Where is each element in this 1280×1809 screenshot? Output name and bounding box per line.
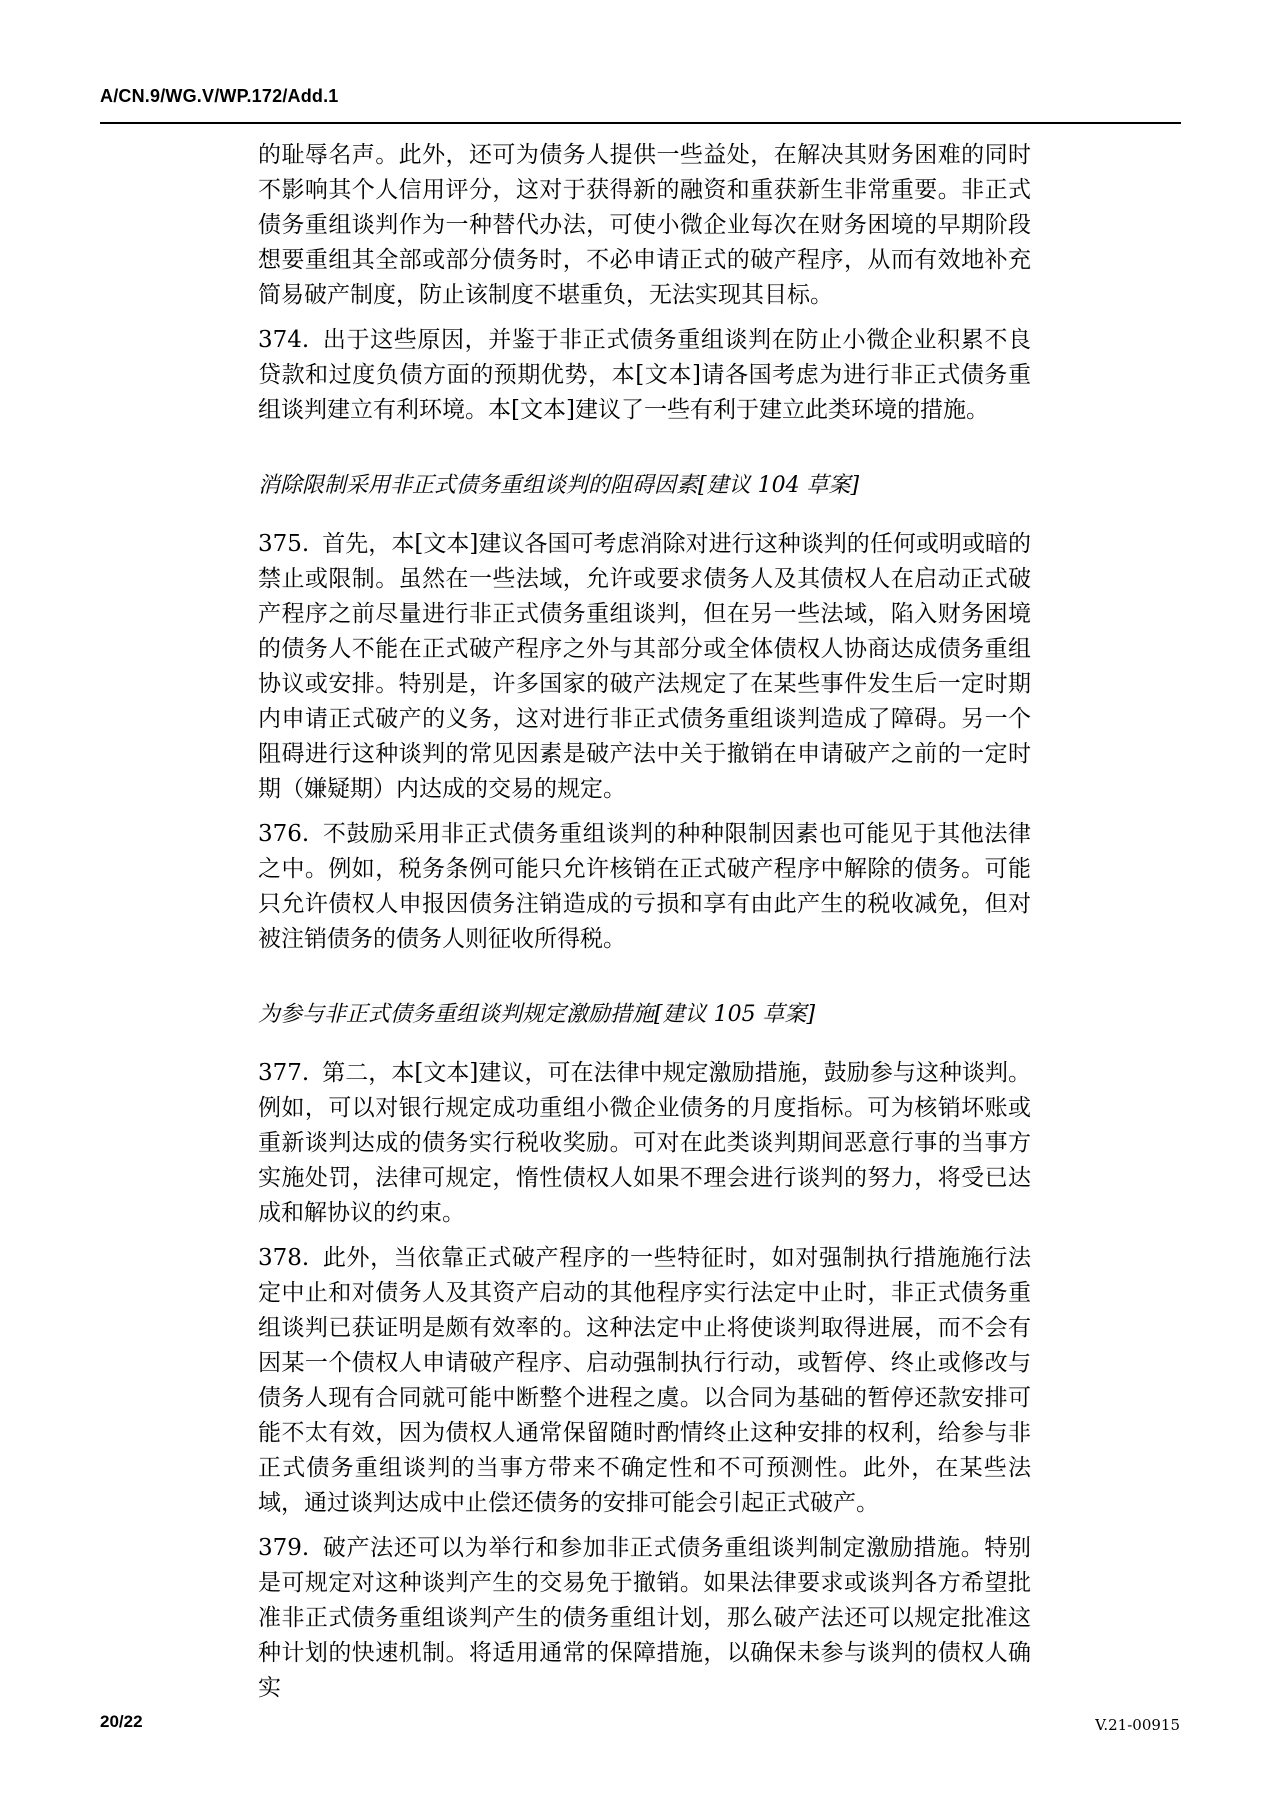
- paragraph-number: 379.: [258, 1535, 309, 1561]
- paragraph-374: 374.出于这些原因，并鉴于非正式债务重组谈判在防止小微企业积累不良贷款和过度负…: [258, 323, 1031, 428]
- paragraph-text: 出于这些原因，并鉴于非正式债务重组谈判在防止小微企业积累不良贷款和过度负债方面的…: [258, 327, 1031, 423]
- paragraph-number: 377.: [258, 1060, 309, 1086]
- paragraph-text: 的耻辱名声。此外，还可为债务人提供一些益处，在解决其财务困难的同时不影响其个人信…: [258, 142, 1031, 308]
- header-divider: [100, 122, 1181, 124]
- paragraph-text: 破产法还可以为举行和参加非正式债务重组谈判制定激励措施。特别是可规定对这种谈判产…: [258, 1535, 1031, 1701]
- footer-page-number: 20/22: [100, 1712, 143, 1732]
- paragraph-number: 378.: [258, 1245, 309, 1271]
- paragraph-text: 不鼓励采用非正式债务重组谈判的种种限制因素也可能见于其他法律之中。例如，税务条例…: [258, 821, 1031, 952]
- paragraph-number: 376.: [258, 821, 309, 847]
- footer-document-id: V.21-00915: [1095, 1716, 1180, 1734]
- paragraph-number: 375.: [258, 531, 309, 557]
- paragraph-379: 379.破产法还可以为举行和参加非正式债务重组谈判制定激励措施。特别是可规定对这…: [258, 1531, 1031, 1706]
- document-symbol: A/CN.9/WG.V/WP.172/Add.1: [100, 86, 339, 107]
- paragraph-text: 首先，本[文本]建议各国可考虑消除对进行这种谈判的任何或明或暗的禁止或限制。虽然…: [258, 531, 1031, 802]
- paragraph-375: 375.首先，本[文本]建议各国可考虑消除对进行这种谈判的任何或明或暗的禁止或限…: [258, 527, 1031, 807]
- paragraph-text: 第二，本[文本]建议，可在法律中规定激励措施，鼓励参与这种谈判。例如，可以对银行…: [258, 1060, 1031, 1226]
- paragraph-number: 374.: [258, 327, 309, 353]
- paragraph-376: 376.不鼓励采用非正式债务重组谈判的种种限制因素也可能见于其他法律之中。例如，…: [258, 817, 1031, 957]
- document-page: A/CN.9/WG.V/WP.172/Add.1 的耻辱名声。此外，还可为债务人…: [0, 0, 1280, 1809]
- paragraph-378: 378.此外，当依靠正式破产程序的一些特征时，如对强制执行措施施行法定中止和对债…: [258, 1241, 1031, 1521]
- paragraph-377: 377.第二，本[文本]建议，可在法律中规定激励措施，鼓励参与这种谈判。例如，可…: [258, 1056, 1031, 1231]
- section-heading-recommendation-104: 消除限制采用非正式债务重组谈判的阻碍因素[建议 104 草案]: [258, 468, 1031, 503]
- document-body: 的耻辱名声。此外，还可为债务人提供一些益处，在解决其财务困难的同时不影响其个人信…: [258, 138, 1031, 1716]
- section-heading-recommendation-105: 为参与非正式债务重组谈判规定激励措施[建议 105 草案]: [258, 997, 1031, 1032]
- paragraph-text: 此外，当依靠正式破产程序的一些特征时，如对强制执行措施施行法定中止和对债务人及其…: [258, 1245, 1031, 1516]
- paragraph-continuation: 的耻辱名声。此外，还可为债务人提供一些益处，在解决其财务困难的同时不影响其个人信…: [258, 138, 1031, 313]
